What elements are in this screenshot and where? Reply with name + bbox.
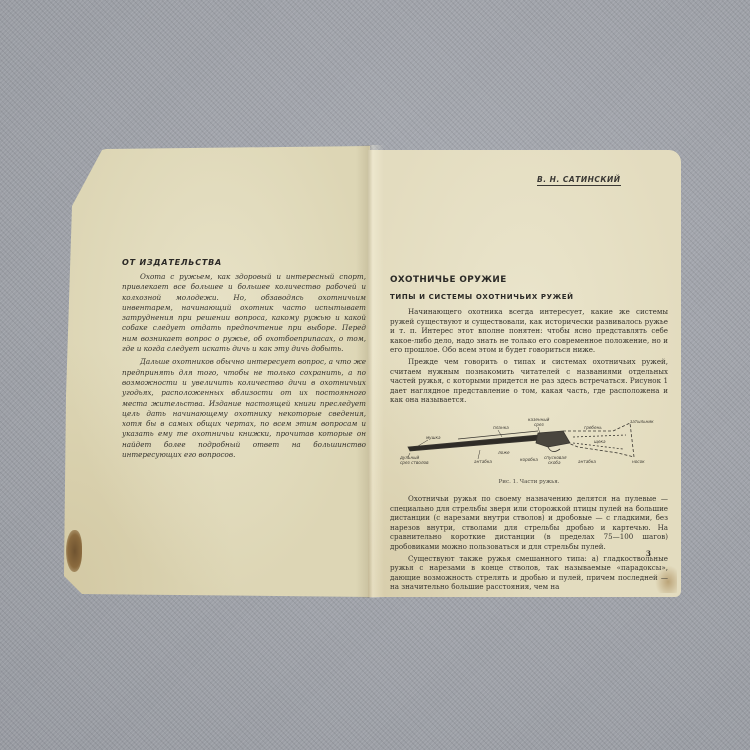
author-header: В. Н. САТИНСКИЙ (537, 175, 621, 186)
svg-text:носок: носок (632, 459, 645, 464)
svg-text:затыльник: затыльник (630, 419, 654, 424)
chapter-body: ОХОТНИЧЬЕ ОРУЖИЕ ТИПЫ И СИСТЕМЫ ОХОТНИЧЬ… (390, 275, 668, 594)
publisher-paragraph: Дальше охотников обычно интересует вопро… (122, 357, 366, 460)
page-number: 3 (646, 549, 651, 558)
gun-diagram-icon: мушка дульный срез стволов антабка планк… (398, 413, 658, 475)
body-paragraph: Начинающего охотника всегда интересует, … (390, 307, 668, 355)
body-paragraph: Прежде чем говорить о типах и системах о… (390, 357, 668, 405)
publisher-heading: ОТ ИЗДАТЕЛЬСТВА (122, 258, 366, 267)
svg-text:коробка: коробка (520, 457, 538, 462)
label-mushka: мушка (426, 435, 441, 440)
svg-text:гребень: гребень (584, 425, 602, 430)
subsection-title: ТИПЫ И СИСТЕМЫ ОХОТНИЧЬИХ РУЖЕЙ (390, 293, 668, 301)
svg-text:срез стволов: срез стволов (400, 460, 429, 465)
svg-text:ложе: ложе (497, 450, 510, 455)
svg-text:антабка: антабка (474, 459, 492, 464)
svg-text:скоба: скоба (548, 460, 561, 465)
gun-parts-figure: мушка дульный срез стволов антабка планк… (390, 413, 668, 475)
section-title: ОХОТНИЧЬЕ ОРУЖИЕ (390, 275, 668, 285)
svg-text:планка: планка (493, 425, 509, 430)
svg-text:антабка: антабка (578, 459, 596, 464)
figure-caption: Рис. 1. Части ружья. (390, 479, 668, 485)
body-paragraph: Существуют также ружья смешанного типа: … (390, 554, 668, 592)
body-paragraph: Охотничьи ружья по своему назначению дел… (390, 494, 668, 552)
publisher-paragraph: Охота с ружьем, как здоровый и интересны… (122, 272, 366, 354)
svg-text:щека: щека (594, 439, 606, 444)
paper-stain (66, 530, 82, 572)
open-booklet-photo: ОТ ИЗДАТЕЛЬСТВА Охота с ружьем, как здор… (0, 0, 750, 750)
publisher-note: ОТ ИЗДАТЕЛЬСТВА Охота с ружьем, как здор… (122, 258, 366, 463)
svg-text:срез: срез (534, 422, 545, 427)
